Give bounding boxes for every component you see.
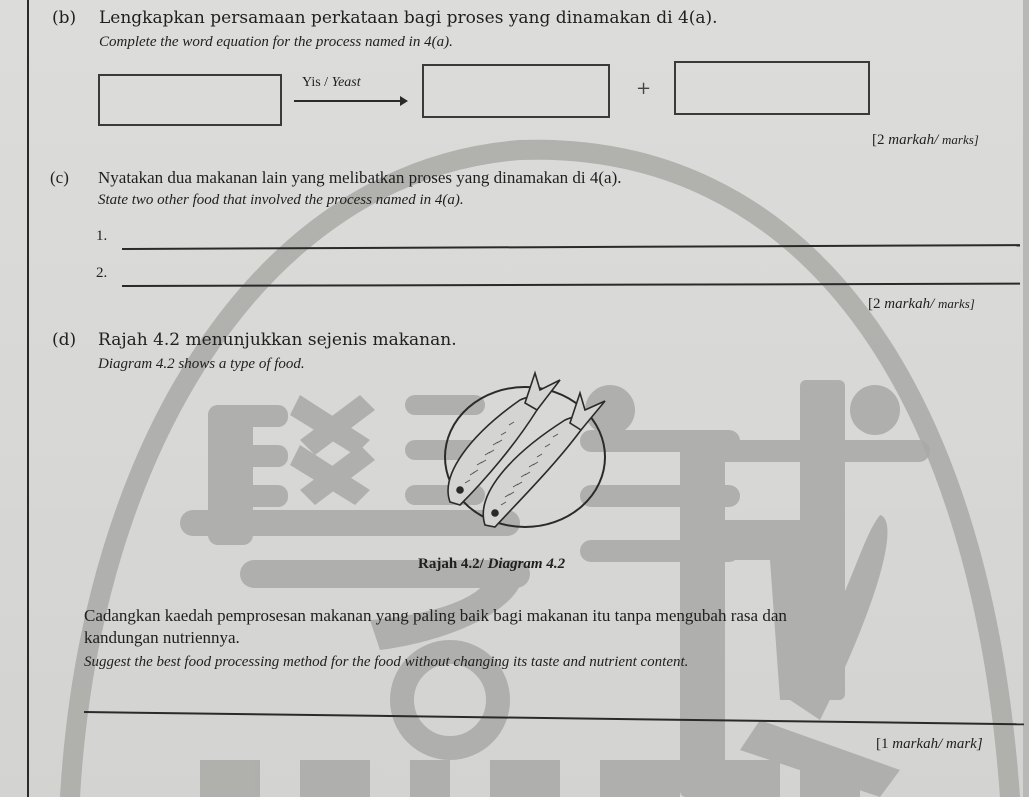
part-b-question-en: Complete the word equation for the proce…: [99, 34, 453, 51]
exam-page: (b) Lengkapkan persamaan perkataan bagi …: [0, 0, 1029, 797]
caption-en: Diagram 4.2: [488, 556, 566, 572]
marks-ms: markah/: [888, 132, 938, 148]
part-d-suggest-ms-line2: kandungan nutriennya.: [84, 628, 240, 648]
answer-number-2: 2.: [96, 265, 107, 282]
part-d-label: (d): [52, 330, 76, 350]
part-c-question-en: State two other food that involved the p…: [98, 192, 464, 209]
answer-line-1[interactable]: [122, 244, 1020, 250]
equation-product-box-1[interactable]: [422, 64, 610, 118]
equation-product-box-2[interactable]: [674, 61, 870, 115]
part-b-marks: [2 markah/ marks]: [872, 132, 979, 149]
marks-en: marks]: [938, 296, 975, 311]
part-d-question-ms: Rajah 4.2 menunjukkan sejenis makanan.: [98, 330, 457, 350]
part-d-answer-line[interactable]: [84, 711, 1024, 725]
figure-caption: Rajah 4.2/ Diagram 4.2: [418, 556, 565, 573]
marks-number: [1: [876, 736, 889, 752]
marks-ms: markah/: [884, 296, 934, 312]
fish-on-plate-icon: [425, 365, 625, 535]
arrow-label-ms: Yis /: [302, 75, 328, 90]
part-b-label: (b): [52, 8, 76, 28]
equation-input-box[interactable]: [98, 74, 282, 126]
marks-number: [2: [868, 296, 881, 312]
part-c-marks: [2 markah/ marks]: [868, 296, 975, 313]
part-d-question-en: Diagram 4.2 shows a type of food.: [98, 356, 305, 373]
marks-number: [2: [872, 132, 885, 148]
part-d-marks: [1 markah/ mark]: [876, 736, 983, 753]
marks-ms: markah/: [892, 736, 942, 752]
answer-number-1: 1.: [96, 228, 107, 245]
part-d-suggest-ms-line1: Cadangkan kaedah pemprosesan makanan yan…: [84, 606, 787, 626]
part-d-suggest-en: Suggest the best food processing method …: [84, 654, 688, 671]
part-b-question-ms: Lengkapkan persamaan perkataan bagi pros…: [99, 8, 718, 28]
plus-sign: +: [636, 78, 651, 99]
page-edge: [1023, 0, 1029, 797]
caption-ms: Rajah 4.2/: [418, 556, 484, 572]
part-c-question-ms: Nyatakan dua makanan lain yang melibatka…: [98, 168, 622, 188]
margin-rule: [27, 0, 29, 797]
arrow-label-en: Yeast: [332, 75, 361, 90]
arrow-label: Yis / Yeast: [302, 75, 361, 91]
marks-en: marks]: [942, 132, 979, 147]
answer-line-2[interactable]: [122, 283, 1020, 287]
marks-en: mark]: [946, 736, 983, 752]
part-c-label: (c): [50, 168, 69, 188]
reaction-arrow-icon: [294, 100, 402, 102]
